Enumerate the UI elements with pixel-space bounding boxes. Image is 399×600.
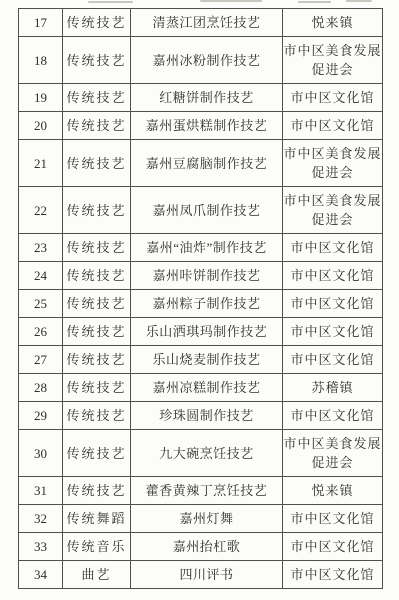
organization-cell: 市中区美食发展促进会	[283, 37, 383, 84]
row-number-cell: 19	[19, 84, 63, 112]
item-name-cell: 嘉州咔饼制作技艺	[131, 262, 283, 290]
item-name-cell: 乐山洒琪玛制作技艺	[131, 318, 283, 346]
document-page: 17传统技艺清蒸江团烹饪技艺悦来镇18传统技艺嘉州冰粉制作技艺市中区美食发展促进…	[0, 0, 399, 600]
row-number-cell: 27	[19, 346, 63, 374]
table-row: 18传统技艺嘉州冰粉制作技艺市中区美食发展促进会	[19, 37, 383, 84]
organization-cell: 苏稽镇	[283, 374, 383, 402]
table-row: 31传统技艺藿香黄辣丁烹饪技艺悦来镇	[19, 477, 383, 505]
table-row: 33传统音乐嘉州抬杠歌市中区文化馆	[19, 533, 383, 561]
category-cell: 传统技艺	[63, 477, 131, 505]
organization-cell: 市中区文化馆	[283, 290, 383, 318]
row-number-cell: 33	[19, 533, 63, 561]
scan-artifact	[346, 0, 372, 2]
item-name-cell: 嘉州凉糕制作技艺	[131, 374, 283, 402]
organization-cell: 市中区美食发展促进会	[283, 140, 383, 187]
item-name-cell: 红糖饼制作技艺	[131, 84, 283, 112]
organization-cell: 市中区文化馆	[283, 533, 383, 561]
table-row: 21传统技艺嘉州豆腐脑制作技艺市中区美食发展促进会	[19, 140, 383, 187]
table-row: 24传统技艺嘉州咔饼制作技艺市中区文化馆	[19, 262, 383, 290]
item-name-cell: 珍珠圆制作技艺	[131, 402, 283, 430]
category-cell: 曲艺	[63, 561, 131, 589]
category-cell: 传统技艺	[63, 290, 131, 318]
table-row: 34曲艺四川评书市中区文化馆	[19, 561, 383, 589]
item-name-cell: 九大碗烹饪技艺	[131, 430, 283, 477]
category-cell: 传统技艺	[63, 346, 131, 374]
row-number-cell: 28	[19, 374, 63, 402]
row-number-cell: 20	[19, 112, 63, 140]
row-number-cell: 18	[19, 37, 63, 84]
item-name-cell: 藿香黄辣丁烹饪技艺	[131, 477, 283, 505]
item-name-cell: 嘉州冰粉制作技艺	[131, 37, 283, 84]
organization-cell: 市中区文化馆	[283, 505, 383, 533]
row-number-cell: 26	[19, 318, 63, 346]
item-name-cell: 嘉州抬杠歌	[131, 533, 283, 561]
table-row: 23传统技艺嘉州“油炸”制作技艺市中区文化馆	[19, 234, 383, 262]
table-row: 19传统技艺红糖饼制作技艺市中区文化馆	[19, 84, 383, 112]
organization-cell: 市中区文化馆	[283, 402, 383, 430]
row-number-cell: 30	[19, 430, 63, 477]
organization-cell: 悦来镇	[283, 9, 383, 37]
category-cell: 传统技艺	[63, 262, 131, 290]
item-name-cell: 嘉州凤爪制作技艺	[131, 187, 283, 234]
organization-cell: 市中区文化馆	[283, 84, 383, 112]
row-number-cell: 21	[19, 140, 63, 187]
scan-artifact	[200, 0, 262, 2]
category-cell: 传统技艺	[63, 112, 131, 140]
row-number-cell: 31	[19, 477, 63, 505]
item-name-cell: 嘉州灯舞	[131, 505, 283, 533]
category-cell: 传统技艺	[63, 84, 131, 112]
organization-cell: 市中区文化馆	[283, 112, 383, 140]
table-row: 30传统技艺九大碗烹饪技艺市中区美食发展促进会	[19, 430, 383, 477]
heritage-table-body: 17传统技艺清蒸江团烹饪技艺悦来镇18传统技艺嘉州冰粉制作技艺市中区美食发展促进…	[19, 9, 383, 589]
table-row: 26传统技艺乐山洒琪玛制作技艺市中区文化馆	[19, 318, 383, 346]
category-cell: 传统音乐	[63, 533, 131, 561]
item-name-cell: 嘉州豆腐脑制作技艺	[131, 140, 283, 187]
item-name-cell: 四川评书	[131, 561, 283, 589]
category-cell: 传统技艺	[63, 187, 131, 234]
row-number-cell: 23	[19, 234, 63, 262]
organization-cell: 市中区美食发展促进会	[283, 430, 383, 477]
table-row: 27传统技艺乐山烧麦制作技艺市中区文化馆	[19, 346, 383, 374]
item-name-cell: 乐山烧麦制作技艺	[131, 346, 283, 374]
category-cell: 传统技艺	[63, 318, 131, 346]
table-row: 22传统技艺嘉州凤爪制作技艺市中区美食发展促进会	[19, 187, 383, 234]
table-row: 32传统舞蹈嘉州灯舞市中区文化馆	[19, 505, 383, 533]
organization-cell: 市中区文化馆	[283, 346, 383, 374]
category-cell: 传统舞蹈	[63, 505, 131, 533]
item-name-cell: 清蒸江团烹饪技艺	[131, 9, 283, 37]
table-row: 20传统技艺嘉州蛋烘糕制作技艺市中区文化馆	[19, 112, 383, 140]
item-name-cell: 嘉州蛋烘糕制作技艺	[131, 112, 283, 140]
category-cell: 传统技艺	[63, 402, 131, 430]
scan-artifact	[298, 1, 331, 3]
category-cell: 传统技艺	[63, 140, 131, 187]
category-cell: 传统技艺	[63, 9, 131, 37]
organization-cell: 市中区文化馆	[283, 262, 383, 290]
organization-cell: 悦来镇	[283, 477, 383, 505]
scan-artifact	[88, 1, 133, 3]
category-cell: 传统技艺	[63, 430, 131, 477]
row-number-cell: 25	[19, 290, 63, 318]
row-number-cell: 32	[19, 505, 63, 533]
organization-cell: 市中区美食发展促进会	[283, 187, 383, 234]
item-name-cell: 嘉州粽子制作技艺	[131, 290, 283, 318]
row-number-cell: 34	[19, 561, 63, 589]
organization-cell: 市中区文化馆	[283, 234, 383, 262]
organization-cell: 市中区文化馆	[283, 561, 383, 589]
category-cell: 传统技艺	[63, 374, 131, 402]
row-number-cell: 22	[19, 187, 63, 234]
heritage-table: 17传统技艺清蒸江团烹饪技艺悦来镇18传统技艺嘉州冰粉制作技艺市中区美食发展促进…	[18, 8, 383, 589]
table-row: 29传统技艺珍珠圆制作技艺市中区文化馆	[19, 402, 383, 430]
organization-cell: 市中区文化馆	[283, 318, 383, 346]
item-name-cell: 嘉州“油炸”制作技艺	[131, 234, 283, 262]
table-row: 25传统技艺嘉州粽子制作技艺市中区文化馆	[19, 290, 383, 318]
row-number-cell: 17	[19, 9, 63, 37]
row-number-cell: 29	[19, 402, 63, 430]
table-row: 28传统技艺嘉州凉糕制作技艺苏稽镇	[19, 374, 383, 402]
table-row: 17传统技艺清蒸江团烹饪技艺悦来镇	[19, 9, 383, 37]
category-cell: 传统技艺	[63, 37, 131, 84]
row-number-cell: 24	[19, 262, 63, 290]
category-cell: 传统技艺	[63, 234, 131, 262]
